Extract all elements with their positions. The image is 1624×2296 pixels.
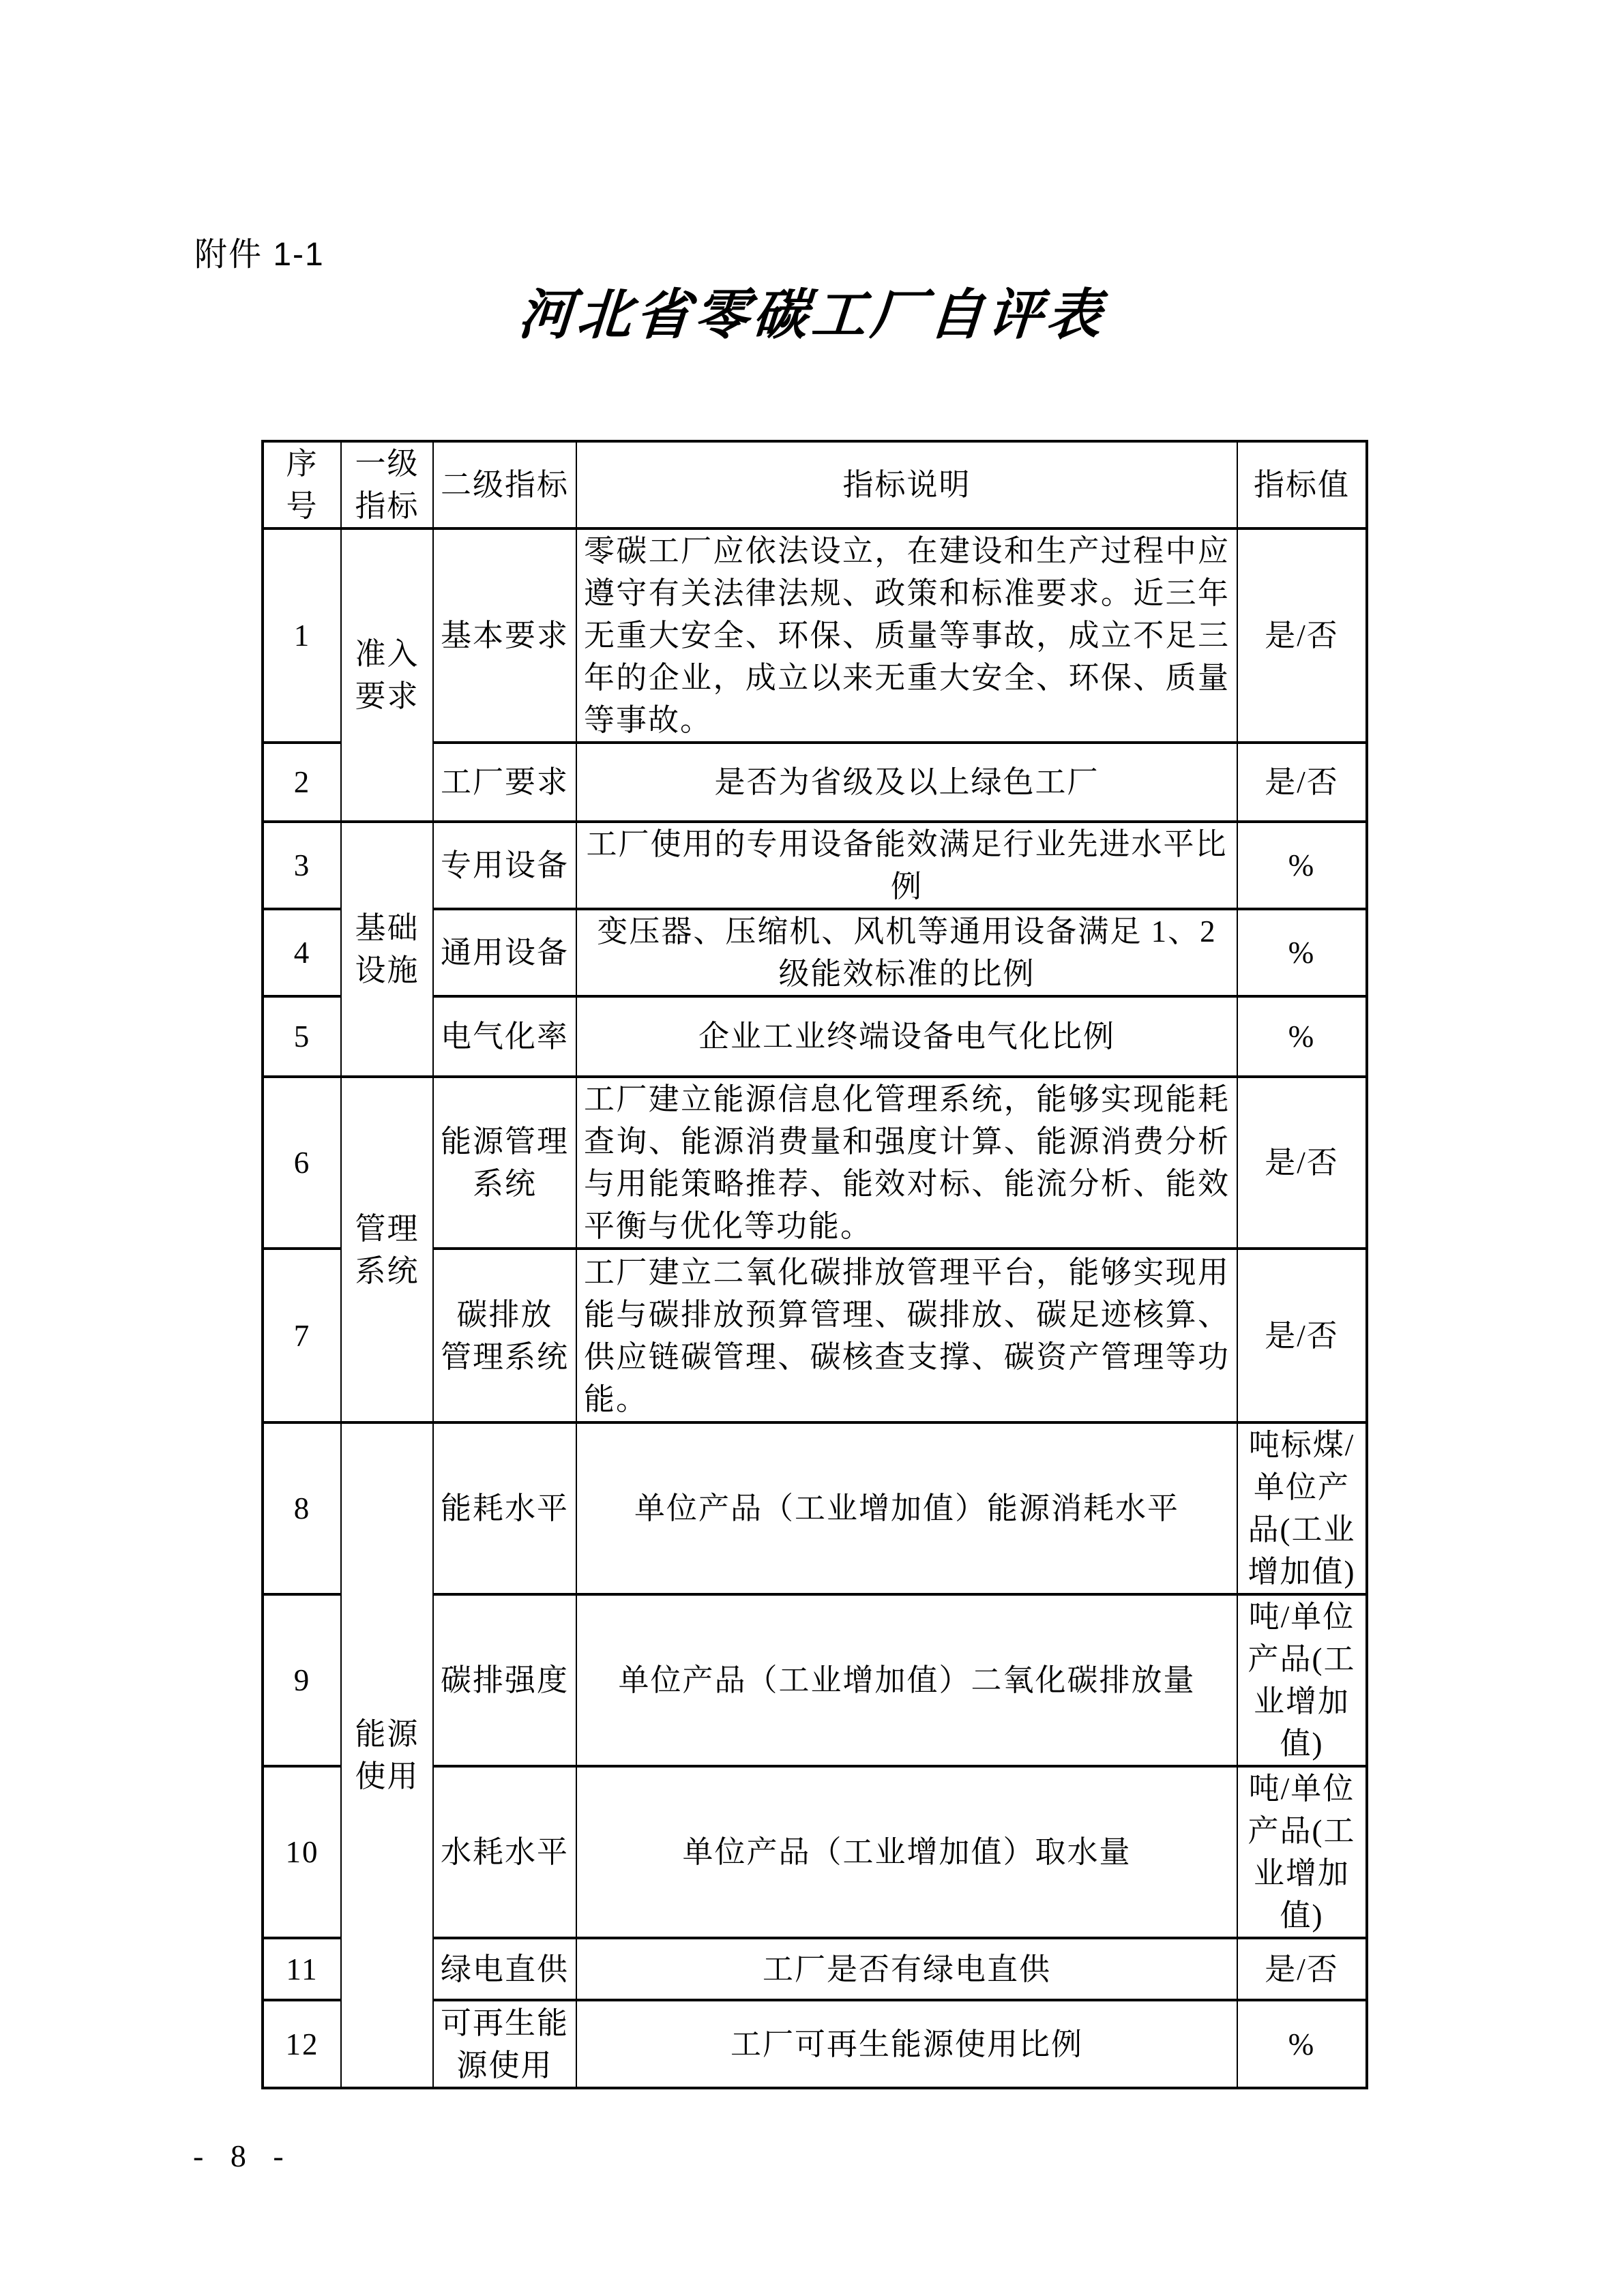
table-header-row: 序号 一级指标 二级指标 指标说明 指标值	[263, 441, 1367, 528]
indicator-value-cell: 吨标煤/单位产品(工业增加值)	[1237, 1422, 1367, 1594]
level2-indicator-cell: 专用设备	[433, 822, 576, 909]
indicator-value-cell: 是/否	[1237, 528, 1367, 743]
indicator-description-cell: 企业工业终端设备电气化比例	[576, 996, 1237, 1077]
indicator-value-cell: 吨/单位产品(工业增加值)	[1237, 1766, 1367, 1938]
header-indicator-description: 指标说明	[576, 441, 1237, 528]
row-number-cell: 8	[263, 1422, 341, 1594]
row-number-cell: 5	[263, 996, 341, 1077]
header-level1-indicator: 一级指标	[341, 441, 433, 528]
indicator-description-cell: 零碳工厂应依法设立，在建设和生产过程中应遵守有关法律法规、政策和标准要求。近三年…	[576, 528, 1237, 743]
row-number-cell: 11	[263, 1938, 341, 2000]
header-indicator-value: 指标值	[1237, 441, 1367, 528]
table-row: 8 能源使用 能耗水平 单位产品（工业增加值）能源消耗水平 吨标煤/单位产品(工…	[263, 1422, 1367, 1594]
row-number-cell: 3	[263, 822, 341, 909]
indicator-description-cell: 工厂使用的专用设备能效满足行业先进水平比例	[576, 822, 1237, 909]
self-evaluation-table: 序号 一级指标 二级指标 指标说明 指标值 1 准入要求 基本要求 零碳工厂应依…	[261, 440, 1368, 2089]
indicator-description-cell: 单位产品（工业增加值）二氧化碳排放量	[576, 1594, 1237, 1766]
row-number-cell: 6	[263, 1077, 341, 1249]
level2-indicator-cell: 可再生能 源使用	[433, 2000, 576, 2088]
level1-indicator-cell: 能源使用	[341, 1422, 433, 2088]
level2-indicator-cell: 能耗水平	[433, 1422, 576, 1594]
row-number-cell: 9	[263, 1594, 341, 1766]
row-number-cell: 10	[263, 1766, 341, 1938]
row-number-cell: 7	[263, 1249, 341, 1422]
header-level2-indicator: 二级指标	[433, 441, 576, 528]
level2-indicator-cell: 碳排强度	[433, 1594, 576, 1766]
level1-indicator-cell: 基础设施	[341, 822, 433, 1077]
indicator-value-cell: 是/否	[1237, 1938, 1367, 2000]
row-number-cell: 1	[263, 528, 341, 743]
level2-indicator-cell: 工厂要求	[433, 743, 576, 822]
level2-indicator-cell: 通用设备	[433, 909, 576, 996]
indicator-value-cell: %	[1237, 996, 1367, 1077]
level2-indicator-cell: 基本要求	[433, 528, 576, 743]
page-title: 河北省零碳工厂自评表	[393, 278, 1230, 353]
table-row: 3 基础设施 专用设备 工厂使用的专用设备能效满足行业先进水平比例 %	[263, 822, 1367, 909]
level2-indicator-cell: 电气化率	[433, 996, 576, 1077]
indicator-description-cell: 工厂可再生能源使用比例	[576, 2000, 1237, 2088]
indicator-description-cell: 变压器、压缩机、风机等通用设备满足 1、2 级能效标准的比例	[576, 909, 1237, 996]
level2-indicator-cell: 水耗水平	[433, 1766, 576, 1938]
indicator-value-cell: %	[1237, 909, 1367, 996]
indicator-description-cell: 工厂是否有绿电直供	[576, 1938, 1237, 2000]
table-row: 1 准入要求 基本要求 零碳工厂应依法设立，在建设和生产过程中应遵守有关法律法规…	[263, 528, 1367, 743]
indicator-description-cell: 是否为省级及以上绿色工厂	[576, 743, 1237, 822]
indicator-value-cell: %	[1237, 822, 1367, 909]
indicator-description-cell: 单位产品（工业增加值）能源消耗水平	[576, 1422, 1237, 1594]
row-number-cell: 4	[263, 909, 341, 996]
attachment-label: 附件 1-1	[194, 236, 325, 274]
level2-indicator-cell: 碳排放 管理系统	[433, 1249, 576, 1422]
level1-indicator-cell: 管理系统	[341, 1077, 433, 1422]
row-number-cell: 12	[263, 2000, 341, 2088]
page-number: - 8 -	[193, 2138, 284, 2174]
header-no: 序号	[263, 441, 341, 528]
indicator-value-cell: 是/否	[1237, 1077, 1367, 1249]
indicator-value-cell: %	[1237, 2000, 1367, 2088]
document-page: 附件 1-1 河北省零碳工厂自评表 序号 一级指标 二级指标 指标说明 指标值 …	[0, 0, 1624, 2296]
indicator-description-cell: 工厂建立二氧化碳排放管理平台，能够实现用能与碳排放预算管理、碳排放、碳足迹核算、…	[576, 1249, 1237, 1422]
indicator-value-cell: 吨/单位产品(工业增加值)	[1237, 1594, 1367, 1766]
indicator-description-cell: 单位产品（工业增加值）取水量	[576, 1766, 1237, 1938]
level2-indicator-cell: 能源管理 系统	[433, 1077, 576, 1249]
indicator-value-cell: 是/否	[1237, 743, 1367, 822]
indicator-value-cell: 是/否	[1237, 1249, 1367, 1422]
row-number-cell: 2	[263, 743, 341, 822]
level2-indicator-cell: 绿电直供	[433, 1938, 576, 2000]
indicator-description-cell: 工厂建立能源信息化管理系统，能够实现能耗查询、能源消费量和强度计算、能源消费分析…	[576, 1077, 1237, 1249]
table-row: 6 管理系统 能源管理 系统 工厂建立能源信息化管理系统，能够实现能耗查询、能源…	[263, 1077, 1367, 1249]
level1-indicator-cell: 准入要求	[341, 528, 433, 822]
